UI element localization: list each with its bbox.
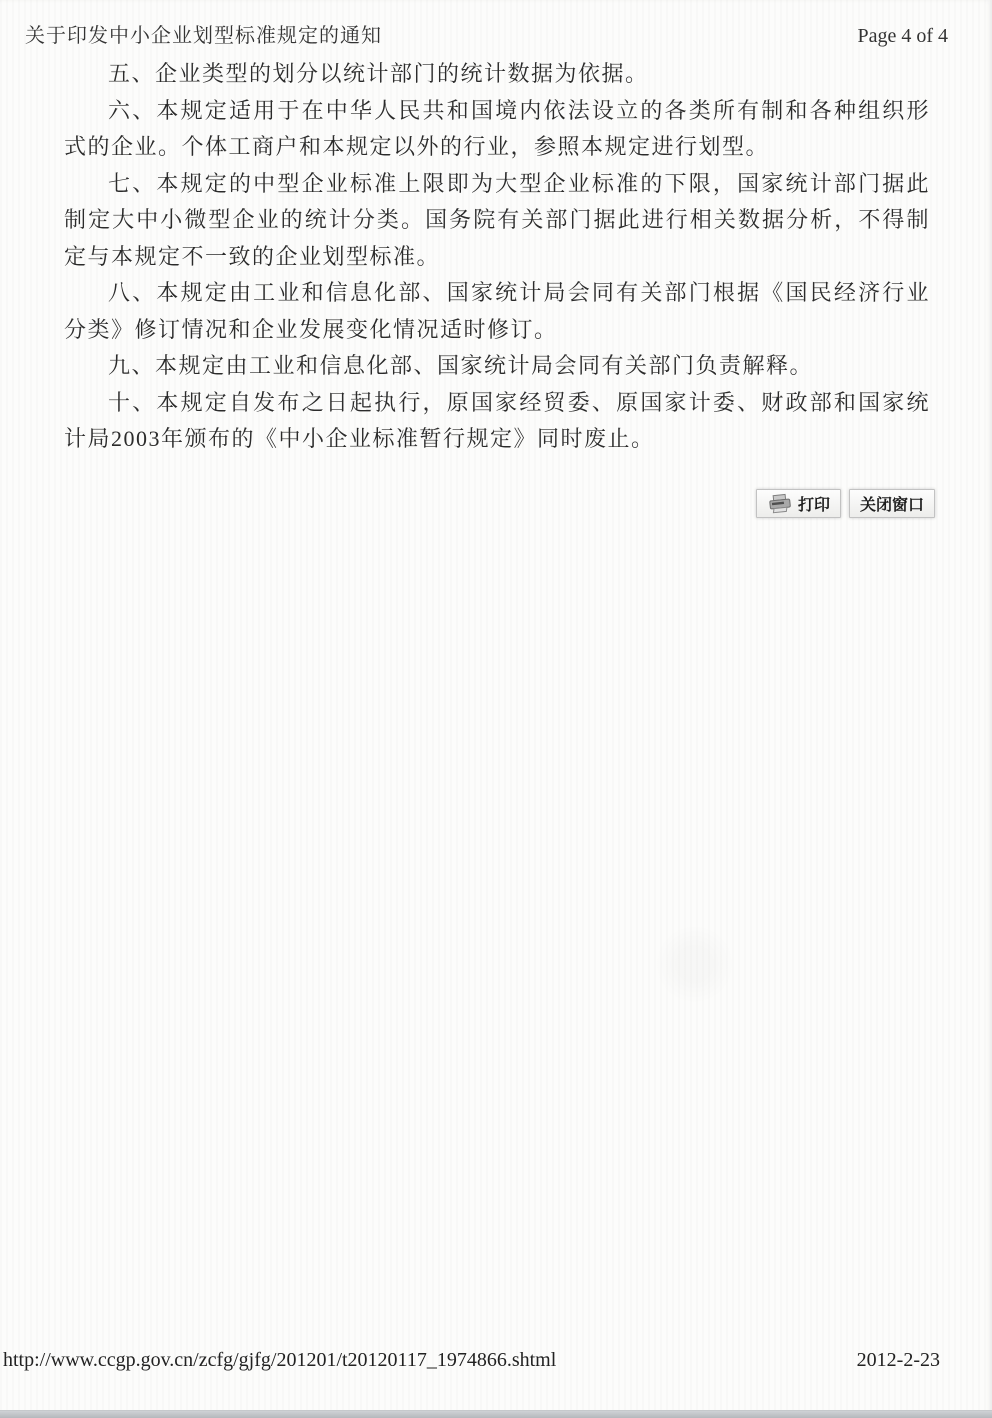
printer-icon <box>766 493 794 515</box>
print-button-label: 打印 <box>798 492 830 515</box>
print-date: 2012-2-23 <box>857 1349 940 1372</box>
scanner-edge-artifact <box>0 1410 992 1418</box>
close-window-button[interactable]: 关闭窗口 <box>849 489 935 518</box>
document-title: 关于印发中小企业划型标准规定的通知 <box>25 19 382 48</box>
paragraph-item-10: 十、本规定自发布之日起执行，原国家经贸委、原国家计委、财政部和国家统计局2003… <box>64 385 930 458</box>
print-button[interactable]: 打印 <box>756 489 841 518</box>
scanned-document-page: 关于印发中小企业划型标准规定的通知 Page 4 of 4 五、企业类型的划分以… <box>0 0 992 1418</box>
print-header: 关于印发中小企业划型标准规定的通知 Page 4 of 4 <box>25 19 948 48</box>
paragraph-item-7: 七、本规定的中型企业标准上限即为大型企业标准的下限，国家统计部门据此制定大中小微… <box>64 166 930 276</box>
page-indicator: Page 4 of 4 <box>857 25 948 48</box>
paragraph-item-5: 五、企业类型的划分以统计部门的统计数据为依据。 <box>64 56 930 93</box>
document-body: 五、企业类型的划分以统计部门的统计数据为依据。 六、本规定适用于在中华人民共和国… <box>64 56 930 458</box>
action-buttons: 打印 关闭窗口 <box>756 489 935 518</box>
paragraph-item-6: 六、本规定适用于在中华人民共和国境内依法设立的各类所有制和各种组织形式的企业。个… <box>64 93 930 166</box>
paragraph-item-9: 九、本规定由工业和信息化部、国家统计局会同有关部门负责解释。 <box>64 348 930 385</box>
print-footer: http://www.ccgp.gov.cn/zcfg/gjfg/201201/… <box>3 1349 940 1372</box>
source-url: http://www.ccgp.gov.cn/zcfg/gjfg/201201/… <box>3 1349 556 1372</box>
paragraph-item-8: 八、本规定由工业和信息化部、国家统计局会同有关部门根据《国民经济行业分类》修订情… <box>64 275 930 348</box>
close-window-button-label: 关闭窗口 <box>860 492 924 515</box>
